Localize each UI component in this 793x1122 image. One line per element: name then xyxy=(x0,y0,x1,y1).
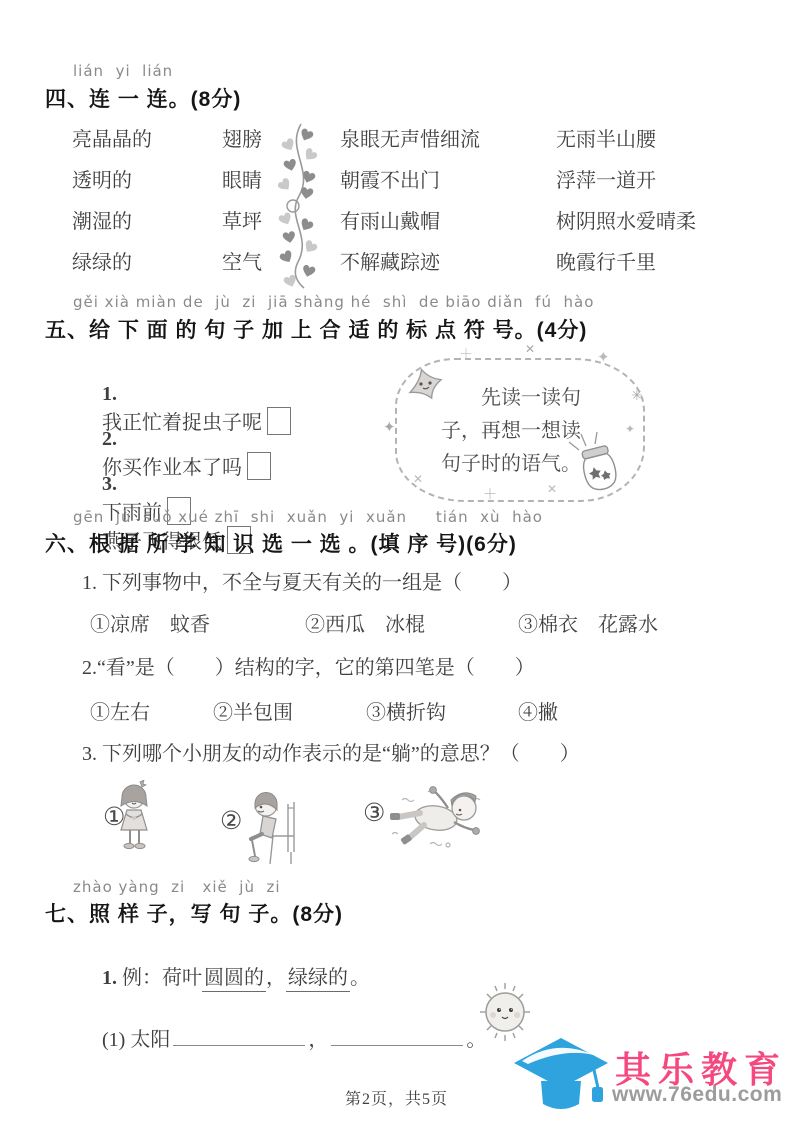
sparkle-icon: ＋ xyxy=(459,344,473,364)
section-7-pinyin: zhào yàng zi xiě jù zi xyxy=(73,878,281,896)
match-cell: 眼睛 xyxy=(222,169,262,193)
match-column-proverbs: 无雨半山腰 浮萍一道开 树阴照水爱晴柔 晚霞行千里 xyxy=(556,128,696,275)
match-cell: 树阴照水爱晴柔 xyxy=(556,210,696,234)
match-cell: 绿绿的 xyxy=(72,251,152,275)
kid-option-label-3[interactable]: ③ xyxy=(363,798,385,828)
match-cell: 浮萍一道开 xyxy=(556,169,696,193)
section-4-title: 四、连 一 连。(8分) xyxy=(45,83,241,113)
item-label: (1) 太阳 xyxy=(102,1029,170,1051)
section-6-pinyin: gēn jù suǒ xué zhī shi xuǎn yi xuǎn tián… xyxy=(73,508,543,526)
match-cell: 透明的 xyxy=(72,169,152,193)
sparkle-icon: ✦ xyxy=(383,418,396,436)
sparkle-icon: ✳ xyxy=(631,388,643,404)
example-prefix: 例：荷叶 xyxy=(117,967,202,989)
section-6-title: 六、根 据 所 学 知 识 选 一 选 。(填 序 号)(6分) xyxy=(45,528,517,558)
kid-standing-girl-icon xyxy=(112,780,156,852)
item-number: 1. xyxy=(102,383,117,405)
tip-bubble: ＋ ✕ ✦ ✳ ✦ ✦ ✕ ＋ ✕ 先读一读句子，再想一想读句子时的语气。 xyxy=(395,358,645,502)
section-5-title: 五、给 下 面 的 句 子 加 上 合 适 的 标 点 符 号。(4分) xyxy=(45,314,587,344)
question-1-text: 1. 下列事物中，不全与夏天有关的一组是（ ） xyxy=(82,566,522,595)
item-number: 3. xyxy=(102,473,117,495)
match-column-poem-lines: 泉眼无声惜细流 朝霞不出门 有雨山戴帽 不解藏踪迹 xyxy=(340,128,480,275)
question-2-option-4[interactable]: ④撇 xyxy=(518,696,558,725)
answer-blank-line[interactable] xyxy=(173,1026,305,1046)
star-jar-icon xyxy=(559,428,631,500)
match-cell: 不解藏踪迹 xyxy=(340,251,480,275)
sparkle-icon: ✕ xyxy=(525,342,535,356)
sparkle-icon: ✦ xyxy=(597,348,610,366)
answer-blank-line[interactable] xyxy=(331,1026,463,1046)
kid-lying-boy-icon xyxy=(384,786,488,852)
test-paper-page: lián yi lián 四、连 一 连。(8分) 亮晶晶的 透明的 潮湿的 绿… xyxy=(0,0,793,1122)
comma: ， xyxy=(308,1029,328,1051)
section-5-pinyin: gěi xià miàn de jù zi jiā shàng hé shì d… xyxy=(73,293,594,311)
kid-sitting-boy-icon xyxy=(246,788,300,868)
match-cell: 翅膀 xyxy=(222,128,262,152)
sun-icon xyxy=(476,981,534,1043)
brand-url: www.76edu.com xyxy=(612,1083,782,1107)
graduation-cap-logo-icon xyxy=(512,1036,610,1120)
match-column-adjectives: 亮晶晶的 透明的 潮湿的 绿绿的 xyxy=(72,128,152,275)
example-underlined-1: 圆圆的 xyxy=(202,967,266,992)
question-1-option-2[interactable]: ②西瓜 冰棍 xyxy=(305,608,425,637)
match-cell: 有雨山戴帽 xyxy=(340,210,480,234)
question-2-option-2[interactable]: ②半包围 xyxy=(213,696,293,725)
match-cell: 晚霞行千里 xyxy=(556,251,696,275)
vine-decoration-icon xyxy=(276,122,322,292)
section-4-pinyin: lián yi lián xyxy=(73,62,173,80)
match-cell: 亮晶晶的 xyxy=(72,128,152,152)
question-1-option-1[interactable]: ①凉席 蚊香 xyxy=(90,608,210,637)
question-2-text: 2.“看”是（ ）结构的字，它的第四笔是（ ） xyxy=(82,651,535,680)
match-cell: 草坪 xyxy=(222,210,262,234)
item-number: 2. xyxy=(102,428,117,450)
kid-option-label-2[interactable]: ② xyxy=(220,806,242,836)
match-cell: 泉眼无声惜细流 xyxy=(340,128,480,152)
example-comma: ， xyxy=(266,967,286,989)
example-underlined-2: 绿绿的 xyxy=(286,967,350,992)
question-1-option-3[interactable]: ③棉衣 花露水 xyxy=(518,608,658,637)
match-cell: 潮湿的 xyxy=(72,210,152,234)
match-cell: 空气 xyxy=(222,251,262,275)
sparkle-icon: ✕ xyxy=(547,482,557,496)
match-column-nouns: 翅膀 眼睛 草坪 空气 xyxy=(222,128,262,275)
question-2-option-3[interactable]: ③横折钩 xyxy=(366,696,446,725)
question-2-option-1[interactable]: ①左右 xyxy=(90,696,150,725)
section-7-title: 七、照 样 子，写 句 子。(8分) xyxy=(45,898,343,928)
example-period: 。 xyxy=(350,967,370,989)
sparkle-icon: ＋ xyxy=(483,484,497,504)
question-3-text: 3. 下列哪个小朋友的动作表示的是“躺”的意思？（ ） xyxy=(82,737,580,766)
match-cell: 无雨半山腰 xyxy=(556,128,696,152)
write-sentence-item-1: (1) 太阳，。 xyxy=(82,1000,486,1075)
item-number: 1. xyxy=(102,967,117,989)
sparkle-icon: ✕ xyxy=(413,472,423,486)
match-cell: 朝霞不出门 xyxy=(340,169,480,193)
